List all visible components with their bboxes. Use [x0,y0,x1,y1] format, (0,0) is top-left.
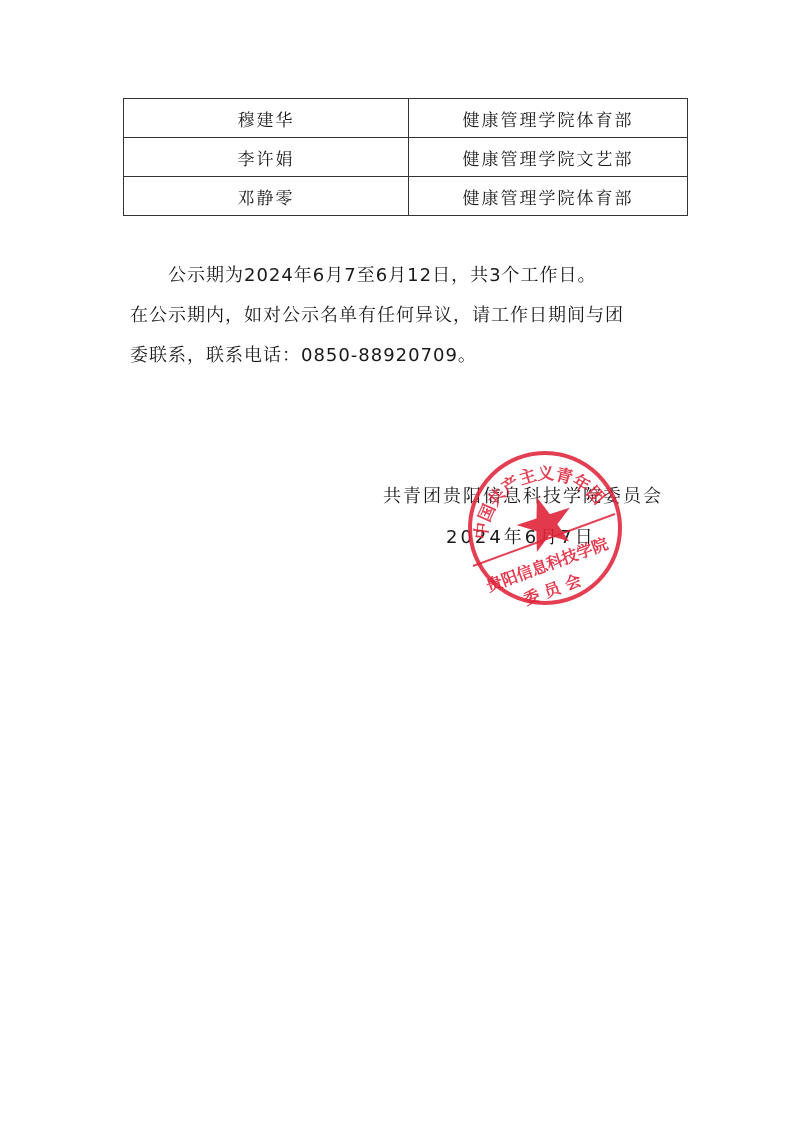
signature-date: 2024年6月7日 [446,523,596,549]
notice-line-1: 公示期为2024年6月7至6月12日，共3个工作日。 [130,256,690,296]
name-cell: 穆建华 [124,99,409,138]
notice-paragraph: 公示期为2024年6月7至6月12日，共3个工作日。 在公示期内，如对公示名单有… [130,256,690,376]
notice-line-2: 在公示期内，如对公示名单有任何异议，请工作日期间与团 [130,296,690,336]
stamp-inner-line-2: 委员会 [521,569,590,608]
dept-cell: 健康管理学院体育部 [409,99,688,138]
name-cell: 邓静零 [124,177,409,216]
signature-org: 共青团贵阳信息科技学院委员会 [383,482,663,508]
nominee-table: 穆建华 健康管理学院体育部 李许娟 健康管理学院文艺部 邓静零 健康管理学院体育… [123,98,688,216]
table-row: 李许娟 健康管理学院文艺部 [124,138,688,177]
name-cell: 李许娟 [124,138,409,177]
table-row: 穆建华 健康管理学院体育部 [124,99,688,138]
dept-cell: 健康管理学院文艺部 [409,138,688,177]
notice-line-3: 委联系，联系电话：0850-88920709。 [130,336,690,376]
dept-cell: 健康管理学院体育部 [409,177,688,216]
table-row: 邓静零 健康管理学院体育部 [124,177,688,216]
